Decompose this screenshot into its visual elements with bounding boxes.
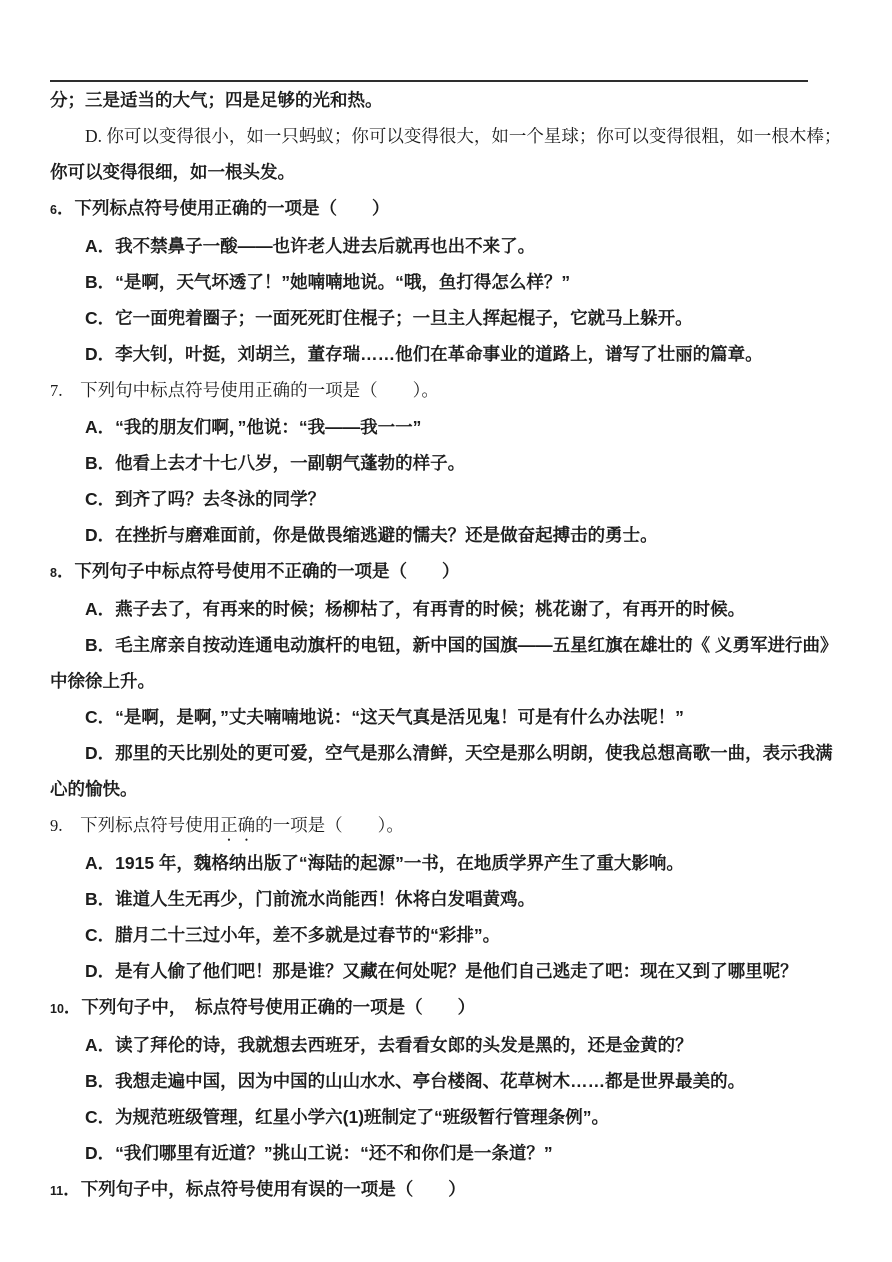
question-number: 7 <box>50 381 58 400</box>
worksheet-page: 分；三是适当的大气；四是足够的光和热。 D. 你可以变得很小，如一只蚂蚁；你可以… <box>0 0 892 1262</box>
question-number-separator: . <box>58 815 80 835</box>
stem-text: 下列标点符号使用 <box>80 815 220 835</box>
question-number: 9 <box>50 816 58 835</box>
stem-text: 的一项是（ ）。 <box>255 815 404 835</box>
question-number-separator: ． <box>57 561 75 581</box>
question-stem: 6．下列标点符号使用正确的一项是（ ） <box>50 190 847 228</box>
option-line: B．谁道人生无再少，门前流水尚能西！休将白发唱黄鸡。 <box>50 881 847 917</box>
intro-option-d: D. 你可以变得很小，如一只蚂蚁；你可以变得很大，如一个星球；你可以变得很粗，如… <box>50 118 847 154</box>
option-line: D．李大钊，叶挺，刘胡兰，董存瑞……他们在革命事业的道路上，谱写了壮丽的篇章。 <box>50 336 847 372</box>
question-stem: 10．下列句子中， 标点符号使用正确的一项是（ ） <box>50 989 847 1027</box>
option-line: A．燕子去了，有再来的时候；杨柳枯了，有再青的时候；桃花谢了，有再开的时候。 <box>50 591 847 627</box>
option-continuation-line: 心的愉快。 <box>50 771 847 807</box>
option-line: B．“是啊，天气坏透了！”她喃喃地说。“哦，鱼打得怎么样？” <box>50 264 847 300</box>
option-line: D．在挫折与磨难面前，你是做畏缩逃避的懦夫？还是做奋起搏击的勇士。 <box>50 517 847 553</box>
option-line: A．“我的朋友们啊，”他说：“我——我一一” <box>50 409 847 445</box>
option-line: A．读了拜伦的诗，我就想去西班牙，去看看女郎的头发是黑的，还是金黄的？ <box>50 1027 847 1063</box>
option-line: A．1915 年，魏格纳出版了“海陆的起源”一书，在地质学界产生了重大影响。 <box>50 845 847 881</box>
option-line: C．到齐了吗？去冬泳的同学？ <box>50 481 847 517</box>
stem-text: 下列句子中标点符号使用不正确的一项是（ ） <box>74 561 459 581</box>
question-stem: 9. 下列标点符号使用正确的一项是（ ）。 <box>50 807 847 845</box>
option-line: C．“是啊，是啊，”丈夫喃喃地说：“这天气真是活见鬼！可是有什么办法呢！” <box>50 699 847 735</box>
option-line: B．我想走遍中国，因为中国的山山水水、亭台楼阁、花草树木……都是世界最美的。 <box>50 1063 847 1099</box>
questions-list: 6．下列标点符号使用正确的一项是（ ）A．我不禁鼻子一酸——也许老人进去后就再也… <box>50 190 847 1209</box>
question-number-separator: . <box>58 380 80 400</box>
option-continuation-line: 中徐徐上升。 <box>50 663 847 699</box>
option-line: C．腊月二十三过小年，差不多就是过春节的“彩排”。 <box>50 917 847 953</box>
question-number: 6 <box>50 203 57 217</box>
question-number-separator: ． <box>57 198 75 218</box>
option-line: D．“我们哪里有近道？”挑山工说：“还不和你们是一条道？” <box>50 1135 847 1171</box>
option-line: C．它一面兜着圈子；一面死死盯住棍子；一旦主人挥起棍子，它就马上躲开。 <box>50 300 847 336</box>
stem-text: 下列句子中，标点符号使用有误的一项是（ ） <box>81 1179 466 1199</box>
stem-text: 下列句子中， 标点符号使用正确的一项是（ ） <box>81 997 475 1017</box>
question-stem: 7. 下列句中标点符号使用正确的一项是（ ）。 <box>50 372 847 409</box>
stem-text: 下列标点符号使用正确的一项是（ ） <box>74 198 389 218</box>
option-line: D．那里的天比别处的更可爱，空气是那么清鲜，天空是那么明朗，使我总想高歌一曲，表… <box>50 735 847 771</box>
intro-continuation-line: 分；三是适当的大气；四是足够的光和热。 <box>50 82 847 118</box>
option-line: B．他看上去才十七八岁，一副朝气蓬勃的样子。 <box>50 445 847 481</box>
question-number-separator: ． <box>63 1179 81 1199</box>
question-number: 10 <box>50 1002 64 1016</box>
stem-text: 下列句中标点符号使用正确的一项是（ ）。 <box>80 380 439 400</box>
option-line: C．为规范班级管理，红星小学六(1)班制定了“班级暂行管理条例”。 <box>50 1099 847 1135</box>
option-line: A．我不禁鼻子一酸——也许老人进去后就再也出不来了。 <box>50 228 847 264</box>
stem-emphasized-text: 正确 <box>220 815 255 835</box>
question-number-separator: ． <box>64 997 82 1017</box>
intro-option-d-continuation: 你可以变得很细，如一根头发。 <box>50 154 847 190</box>
question-number: 8 <box>50 566 57 580</box>
question-stem: 11．下列句子中，标点符号使用有误的一项是（ ） <box>50 1171 847 1209</box>
question-stem: 8．下列句子中标点符号使用不正确的一项是（ ） <box>50 553 847 591</box>
option-line: B．毛主席亲自按动连通电动旗杆的电钮，新中国的国旗——五星红旗在雄壮的《 义勇军… <box>50 627 847 663</box>
option-line: D．是有人偷了他们吧！那是谁？又藏在何处呢？是他们自己逃走了吧：现在又到了哪里呢… <box>50 953 847 989</box>
question-number: 11 <box>50 1184 63 1198</box>
